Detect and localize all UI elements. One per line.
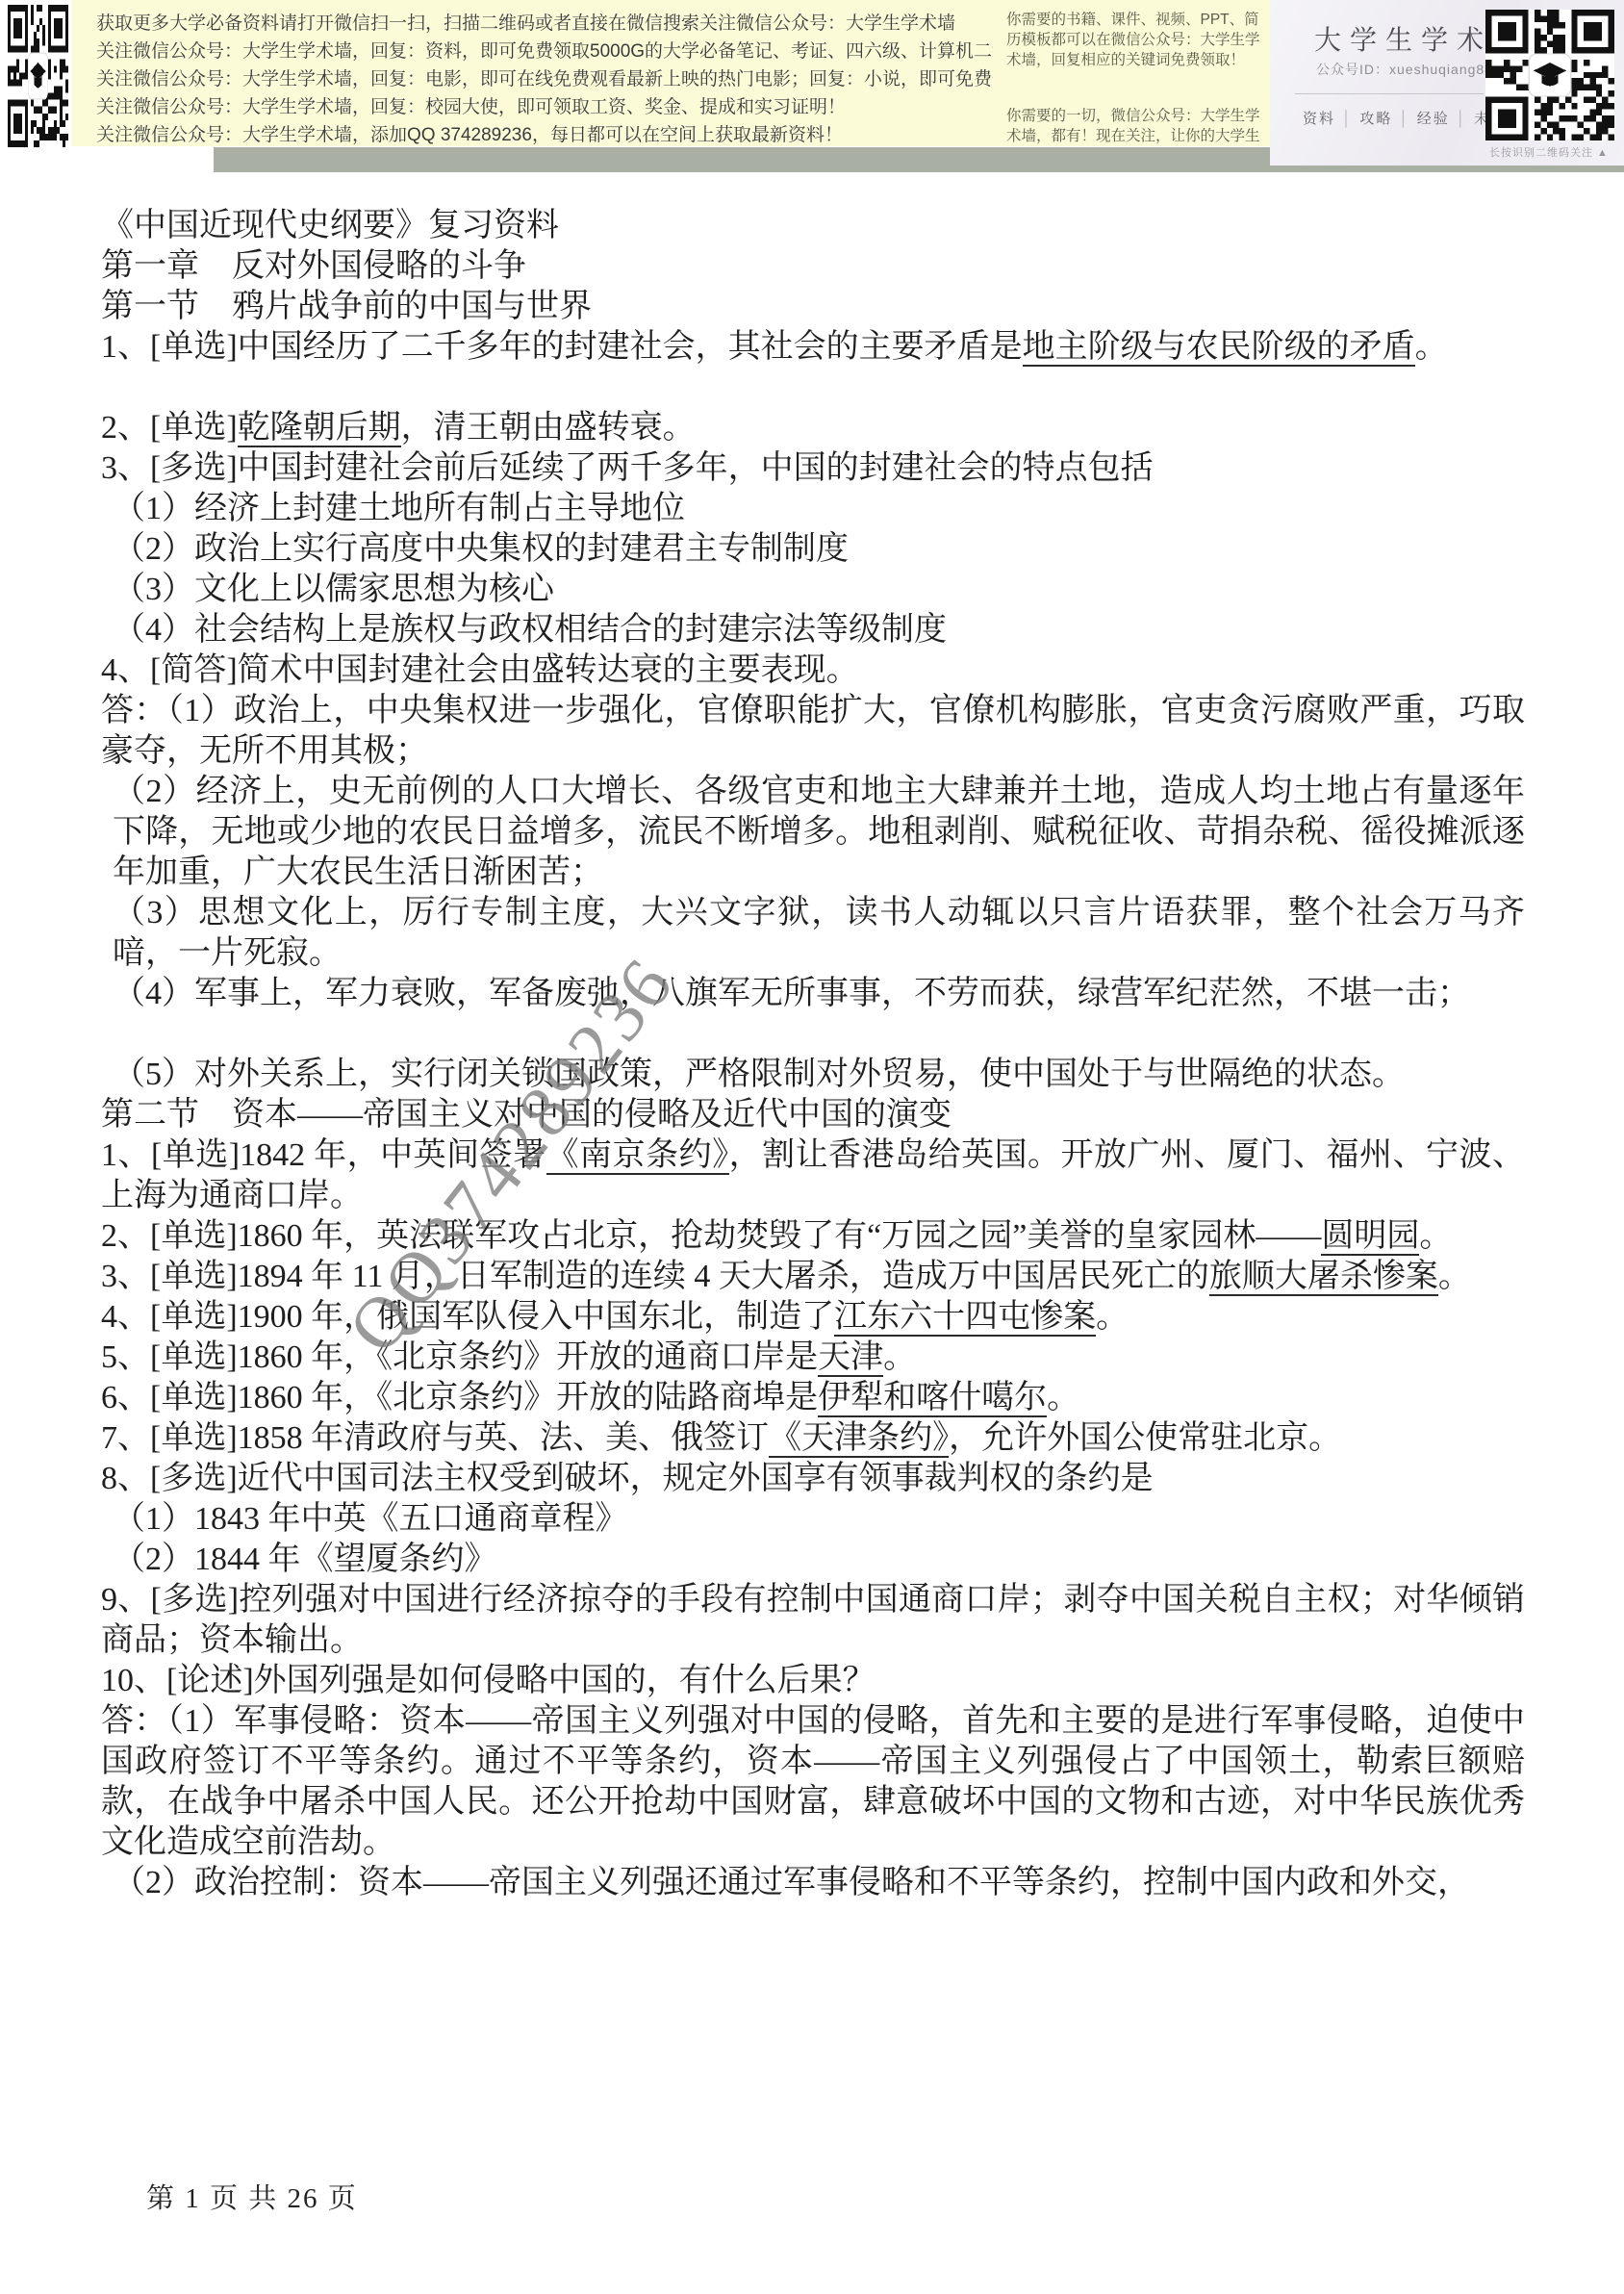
- official-account-card: 大学生学术墙 公众号ID：xueshuqiang8888 资料│攻略│经验│未来…: [1270, 0, 1624, 166]
- text-run: 第二节 资本——帝国主义对中国的侵略及近代中国的演变: [101, 1097, 952, 1133]
- text-run: 7、[单选]1858 年清政府与英、法、美、俄签订: [101, 1420, 769, 1456]
- doc-paragraph: 第一章 反对外国侵略的斗争: [101, 246, 1525, 287]
- doc-paragraph: 答：（1）政治上，中央集权进一步强化，官僚职能扩大，官僚机构膨胀，官吏贪污腐败严…: [101, 691, 1525, 772]
- banner-side-note-top: 你需要的书籍、课件、视频、PPT、简历模板都可以在微信公众号：大学生学术墙，回复…: [993, 0, 1270, 85]
- tag-label: 攻略: [1359, 111, 1392, 127]
- card-qr-icon: [1485, 10, 1614, 140]
- doc-paragraph: [101, 1014, 1525, 1055]
- page-footer: 第 1 页 共 26 页: [146, 2177, 358, 2216]
- doc-paragraph: （1）1843 年中英《五口通商章程》: [101, 1499, 1525, 1540]
- doc-paragraph: 1、[单选]1842 年，中英间签署《南京条约》，割让香港岛给英国。开放广州、厦…: [101, 1135, 1525, 1216]
- doc-paragraph: （1）经济上封建土地所有制占主导地位: [101, 489, 1525, 529]
- text-run: 第一节 鸦片战争前的中国与世界: [101, 289, 592, 324]
- promo-banner: 获取更多大学必备资料请打开微信扫一扫，扫描二维码或者直接在微信搜索关注微信公众号…: [0, 0, 1624, 173]
- doc-paragraph: 8、[多选]近代中国司法主权受到破坏，规定外国享有领事裁判权的条约是: [101, 1459, 1525, 1499]
- text-run: 8、[多选]近代中国司法主权受到破坏，规定外国享有领事裁判权的条约是: [101, 1461, 1154, 1496]
- text-run: （2）1844 年《望厦条约》: [113, 1542, 497, 1577]
- underlined-text: 伊犁和喀什噶尔: [818, 1380, 1047, 1417]
- tag-separator: │: [1457, 111, 1467, 127]
- doc-paragraph: 7、[单选]1858 年清政府与英、法、美、俄签订《天津条约》，允许外国公使常驻…: [101, 1418, 1525, 1459]
- underlined-text: 天津: [818, 1339, 883, 1377]
- underlined-text: 《南京条约》: [546, 1137, 729, 1175]
- underlined-text: 旅顺大屠杀惨案: [1209, 1259, 1438, 1296]
- text-run: （4）社会结构上是族权与政权相结合的封建宗法等级制度: [113, 612, 947, 648]
- doc-paragraph: （5）对外关系上，实行闭关锁国政策，严格限制对外贸易，使中国处于与世隔绝的状态。: [101, 1055, 1525, 1095]
- card-qr-caption: 长按识别二维码关注 ▲: [1489, 144, 1609, 160]
- text-run: 10、[论述]外国列强是如何侵略中国的，有什么后果？: [101, 1663, 875, 1698]
- promo-line: 获取更多大学必备资料请打开微信扫一扫，扫描二维码或者直接在微信搜索关注微信公众号…: [96, 10, 993, 38]
- text-run: （5）对外关系上，实行闭关锁国政策，严格限制对外贸易，使中国处于与世隔绝的状态。: [113, 1057, 1405, 1092]
- doc-paragraph: （3）思想文化上，厉行专制主度，大兴文字狱，读书人动辄以只言片语获罪，整个社会万…: [101, 893, 1525, 974]
- text-run: （3）文化上以儒家思想为核心: [113, 572, 554, 607]
- underlined-text: 地主阶级与农民阶级的矛盾: [1023, 329, 1415, 367]
- text-run: 。: [1438, 1259, 1471, 1294]
- doc-paragraph: 5、[单选]1860 年，《北京条约》开放的通商口岸是天津。: [101, 1338, 1525, 1378]
- promo-line: 关注微信公众号：大学生学术墙，回复：电影，即可在线免费观看最新上映的热门电影；回…: [96, 65, 993, 93]
- doc-paragraph: （2）1844 年《望厦条约》: [101, 1540, 1525, 1580]
- doc-body: 《中国近现代史纲要》复习资料第一章 反对外国侵略的斗争第一节 鸦片战争前的中国与…: [101, 206, 1525, 1903]
- doc-paragraph: 9、[多选]控列强对中国进行经济掠夺的手段有控制中国通商口岸；剥夺中国关税自主权…: [101, 1580, 1525, 1661]
- promo-line: 关注微信公众号：大学生学术墙，添加QQ 374289236，每日都可以在空间上获…: [96, 121, 993, 146]
- text-run: （1）1843 年中英《五口通商章程》: [113, 1501, 628, 1537]
- text-run: 1、[单选]1842 年，中英间签署: [101, 1137, 546, 1173]
- doc-paragraph: （4）军事上，军力衰败，军备废弛，八旗军无所事事，不劳而获，绿营军纪茫然，不堪一…: [101, 974, 1525, 1014]
- doc-paragraph: 第二节 资本——帝国主义对中国的侵略及近代中国的演变: [101, 1095, 1525, 1135]
- text-run: 1、[单选]中国经历了二千多年的封建社会，其社会的主要矛盾是: [101, 329, 1023, 365]
- text-run: 6、[单选]1860 年，《北京条约》开放的陆路商埠是: [101, 1380, 818, 1415]
- doc-paragraph: 3、[单选]1894 年 11 月，日军制造的连续 4 天大屠杀，造成万中国居民…: [101, 1257, 1525, 1297]
- text-run: （4）军事上，军力衰败，军备废弛，八旗军无所事事，不劳而获，绿营军纪茫然，不堪一…: [113, 976, 1470, 1011]
- page: 获取更多大学必备资料请打开微信扫一扫，扫描二维码或者直接在微信搜索关注微信公众号…: [0, 0, 1624, 2294]
- text-run: 《中国近现代史纲要》复习资料: [101, 208, 559, 243]
- text-run: （2）政治控制：资本——帝国主义列强还通过军事侵略和不平等条约，控制中国内政和外…: [113, 1865, 1470, 1900]
- tag-separator: │: [1342, 111, 1353, 127]
- doc-paragraph: [101, 368, 1525, 408]
- underlined-text: 《天津条约》: [769, 1420, 949, 1458]
- text-run: 。: [883, 1339, 916, 1375]
- text-run: 9、[多选]控列强对中国进行经济掠夺的手段有控制中国通商口岸；剥夺中国关税自主权…: [101, 1582, 1525, 1658]
- doc-paragraph: 2、[单选]乾隆朝后期，清王朝由盛转衰。: [101, 408, 1525, 448]
- banner-qr-icon: [8, 5, 68, 147]
- tag-label: 经验: [1417, 111, 1450, 127]
- doc-paragraph: （3）文化上以儒家思想为核心: [101, 570, 1525, 610]
- text-run: 5、[单选]1860 年，《北京条约》开放的通商口岸是: [101, 1339, 818, 1375]
- doc-paragraph: 答：（1）军事侵略：资本——帝国主义列强对中国的侵略，首先和主要的是进行军事侵略…: [101, 1701, 1525, 1863]
- card-account-id: 公众号ID：xueshuqiang8888: [1316, 60, 1510, 79]
- doc-paragraph: 第一节 鸦片战争前的中国与世界: [101, 287, 1525, 327]
- banner-promo-text: 获取更多大学必备资料请打开微信扫一扫，扫描二维码或者直接在微信搜索关注微信公众号…: [71, 0, 993, 146]
- doc-paragraph: （2）政治上实行高度中央集权的封建君主专制制度: [101, 529, 1525, 570]
- doc-paragraph: 6、[单选]1860 年，《北京条约》开放的陆路商埠是伊犁和喀什噶尔。: [101, 1378, 1525, 1418]
- text-run: 4、[简答]简术中国封建社会由盛转达衰的主要表现。: [101, 652, 859, 688]
- doc-paragraph: 4、[单选]1900 年，俄国军队侵入中国东北，制造了江东六十四屯惨案。: [101, 1297, 1525, 1338]
- doc-paragraph: 1、[单选]中国经历了二千多年的封建社会，其社会的主要矛盾是地主阶级与农民阶级的…: [101, 327, 1525, 368]
- card-divider: [1295, 93, 1484, 94]
- promo-line: 关注微信公众号：大学生学术墙，回复：校园大使，即可领取工资、奖金、提成和实习证明…: [96, 93, 993, 121]
- text-run: 。: [1096, 1299, 1129, 1335]
- text-run: （2）政治上实行高度中央集权的封建君主专制制度: [113, 531, 849, 567]
- text-run: 2、[单选]: [101, 410, 238, 446]
- text-run: 答：（1）政治上，中央集权进一步强化，官僚职能扩大，官僚机构膨胀，官吏贪污腐败严…: [101, 693, 1525, 769]
- text-run: ，清王朝由盛转衰。: [401, 410, 696, 446]
- tag-label: 资料: [1303, 111, 1335, 127]
- promo-line: 关注微信公众号：大学生学术墙，回复：资料，即可免费领取5000G的大学必备笔记、…: [96, 38, 993, 65]
- text-run: （2）经济上，史无前例的人口大增长、各级官吏和地主大肆兼并土地，造成人均土地占有…: [113, 774, 1525, 890]
- doc-paragraph: （2）经济上，史无前例的人口大增长、各级官吏和地主大肆兼并土地，造成人均土地占有…: [101, 772, 1525, 893]
- doc-paragraph: 4、[简答]简术中国封建社会由盛转达衰的主要表现。: [101, 650, 1525, 691]
- text-run: 答：（1）军事侵略：资本——帝国主义列强对中国的侵略，首先和主要的是进行军事侵略…: [101, 1703, 1525, 1860]
- underlined-text: 圆明园: [1321, 1218, 1419, 1256]
- text-run: 2、[单选]1860 年，英法联军攻占北京，抢劫焚毁了有“万园之园”美誉的皇家园…: [101, 1218, 1321, 1254]
- text-run: 第一章 反对外国侵略的斗争: [101, 248, 526, 284]
- text-run: （3）思想文化上，厉行专制主度，大兴文字狱，读书人动辄以只言片语获罪，整个社会万…: [113, 895, 1525, 971]
- text-run: ，允许外国公使常驻北京。: [949, 1420, 1341, 1456]
- text-run: （1）经济上封建土地所有制占主导地位: [113, 491, 685, 526]
- text-run: 。: [1047, 1380, 1079, 1415]
- text-run: 3、[单选]1894 年 11 月，日军制造的连续 4 天大屠杀，造成万中国居民…: [101, 1259, 1209, 1294]
- doc-paragraph: 3、[多选]中国封建社会前后延续了两千多年，中国的封建社会的特点包括: [101, 448, 1525, 489]
- doc-paragraph: （4）社会结构上是族权与政权相结合的封建宗法等级制度: [101, 610, 1525, 650]
- doc-paragraph: 《中国近现代史纲要》复习资料: [101, 206, 1525, 246]
- doc-paragraph: 10、[论述]外国列强是如何侵略中国的，有什么后果？: [101, 1661, 1525, 1701]
- tag-separator: │: [1399, 111, 1409, 127]
- card-tags: 资料│攻略│经验│未来: [1303, 108, 1507, 128]
- text-run: 4、[单选]1900 年，俄国军队侵入中国东北，制造了: [101, 1299, 834, 1335]
- doc-paragraph: 2、[单选]1860 年，英法联军攻占北京，抢劫焚毁了有“万园之园”美誉的皇家园…: [101, 1216, 1525, 1257]
- text-run: 。: [1419, 1218, 1452, 1254]
- banner-side-note-bottom: 你需要的一切，微信公众号：大学生学术墙，都有！现在关注，让你的大学生活不再迷茫!: [993, 85, 1270, 146]
- doc-paragraph: （2）政治控制：资本——帝国主义列强还通过军事侵略和不平等条约，控制中国内政和外…: [101, 1863, 1525, 1903]
- underlined-text: 乾隆朝后期: [238, 410, 401, 447]
- text-run: 。: [1415, 329, 1448, 365]
- text-run: 3、[多选]中国封建社会前后延续了两千多年，中国的封建社会的特点包括: [101, 450, 1154, 486]
- underlined-text: 江东六十四屯惨案: [834, 1299, 1096, 1337]
